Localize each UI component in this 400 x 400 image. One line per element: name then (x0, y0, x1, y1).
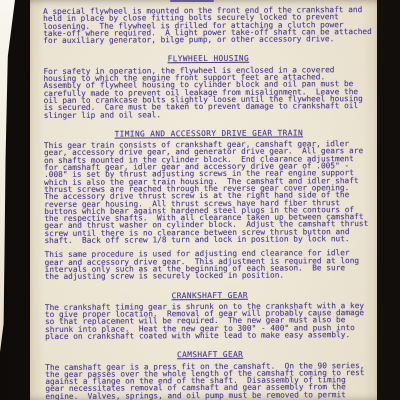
section-heading-flywheel-housing: FLYWHEEL HOUSING (43, 54, 373, 63)
document-page: A special flywheel is mounted on the fro… (30, 0, 377, 400)
paragraph: This gear train consists of crankshaft g… (44, 140, 375, 244)
section-heading-crankshaft-gear: CRANKSHAFT GEAR (45, 290, 375, 299)
paragraph: This same procedure is used for adjustin… (45, 249, 375, 280)
paragraph: For safety in operation, the flywheel is… (43, 66, 373, 119)
section-heading-camshaft-gear: CAMSHAFT GEAR (45, 350, 375, 359)
section-heading-timing-gear-train: TIMING AND ACCESSORY DRIVE GEAR TRAIN (44, 129, 374, 138)
intro-paragraph: A special flywheel is mounted on the fro… (43, 6, 373, 44)
paragraph: The camshaft gear is a press fit on the … (45, 362, 375, 400)
paragraph: The crankshaft timing gear is shrunk on … (45, 302, 375, 340)
page-content: A special flywheel is mounted on the fro… (43, 0, 375, 400)
